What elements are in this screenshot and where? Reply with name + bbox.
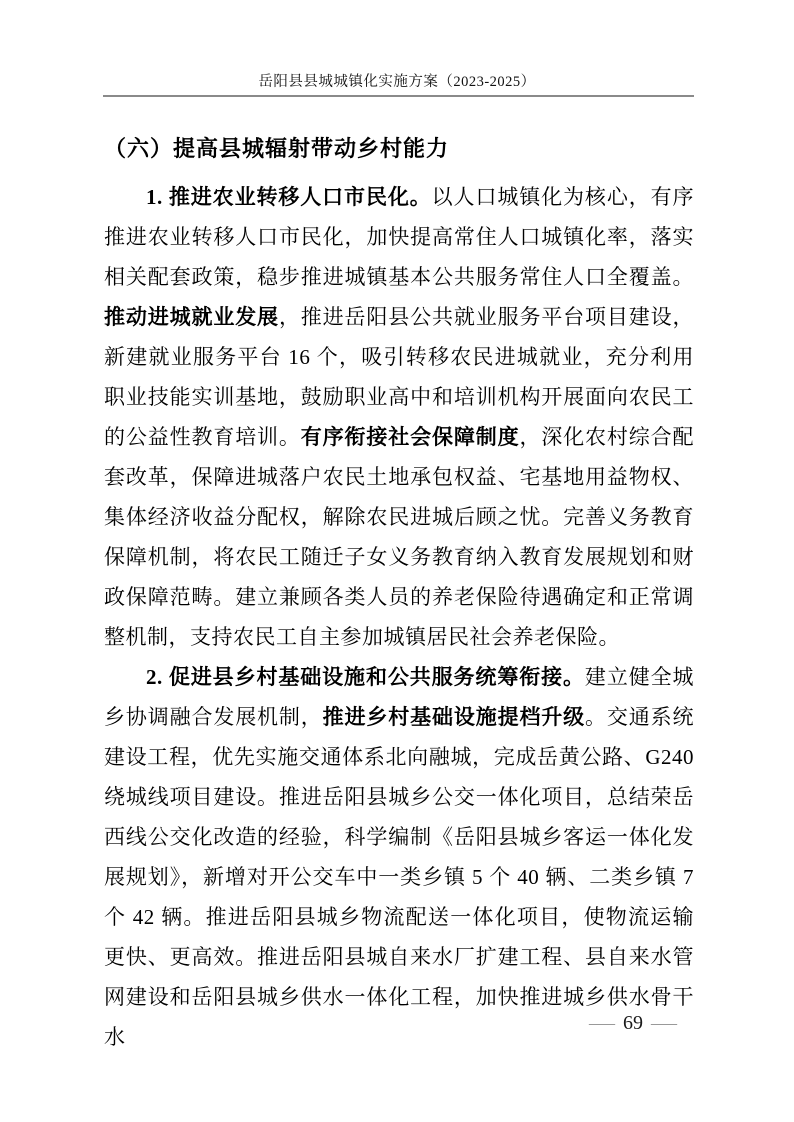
emphasis-run: 推进乡村基础设施提档升级 xyxy=(323,705,585,729)
document-page: 岳阳县县城城镇化实施方案（2023-2025） （六）提高县城辐射带动乡村能力 … xyxy=(0,0,794,1122)
header-rule xyxy=(103,95,694,97)
emphasis-run: 2. 促进县乡村基础设施和公共服务统筹衔接。 xyxy=(146,665,585,689)
paragraph-1: 1. 推进农业转移人口市民化。以人口城镇化为核心，有序推进农业转移人口市民化，加… xyxy=(104,177,694,657)
text-run: ，深化农村综合配套改革，保障进城落户农民土地承包权益、宅基地用益物权、集体经济收… xyxy=(104,425,694,649)
emphasis-run: 有序衔接社会保障制度 xyxy=(301,425,520,449)
footer-dash-left: — xyxy=(589,1012,615,1035)
header-title: 岳阳县县城城镇化实施方案（2023-2025） xyxy=(0,70,794,91)
text-run: 。交通系统建设工程，优先实施交通体系北向融城，完成岳黄公路、G240绕城线项目建… xyxy=(104,705,694,1049)
document-body: （六）提高县城辐射带动乡村能力 1. 推进农业转移人口市民化。以人口城镇化为核心… xyxy=(104,133,694,1057)
emphasis-run: 推动进城就业发展 xyxy=(104,305,279,329)
section-heading: （六）提高县城辐射带动乡村能力 xyxy=(104,133,694,165)
emphasis-run: 1. 推进农业转移人口市民化。 xyxy=(146,185,432,209)
footer-dash-right: — xyxy=(651,1012,677,1035)
paragraph-2: 2. 促进县乡村基础设施和公共服务统筹衔接。建立健全城乡协调融合发展机制，推进乡… xyxy=(104,657,694,1057)
page-number: 69 xyxy=(623,1012,643,1035)
page-footer: — 69 — xyxy=(0,1012,674,1035)
